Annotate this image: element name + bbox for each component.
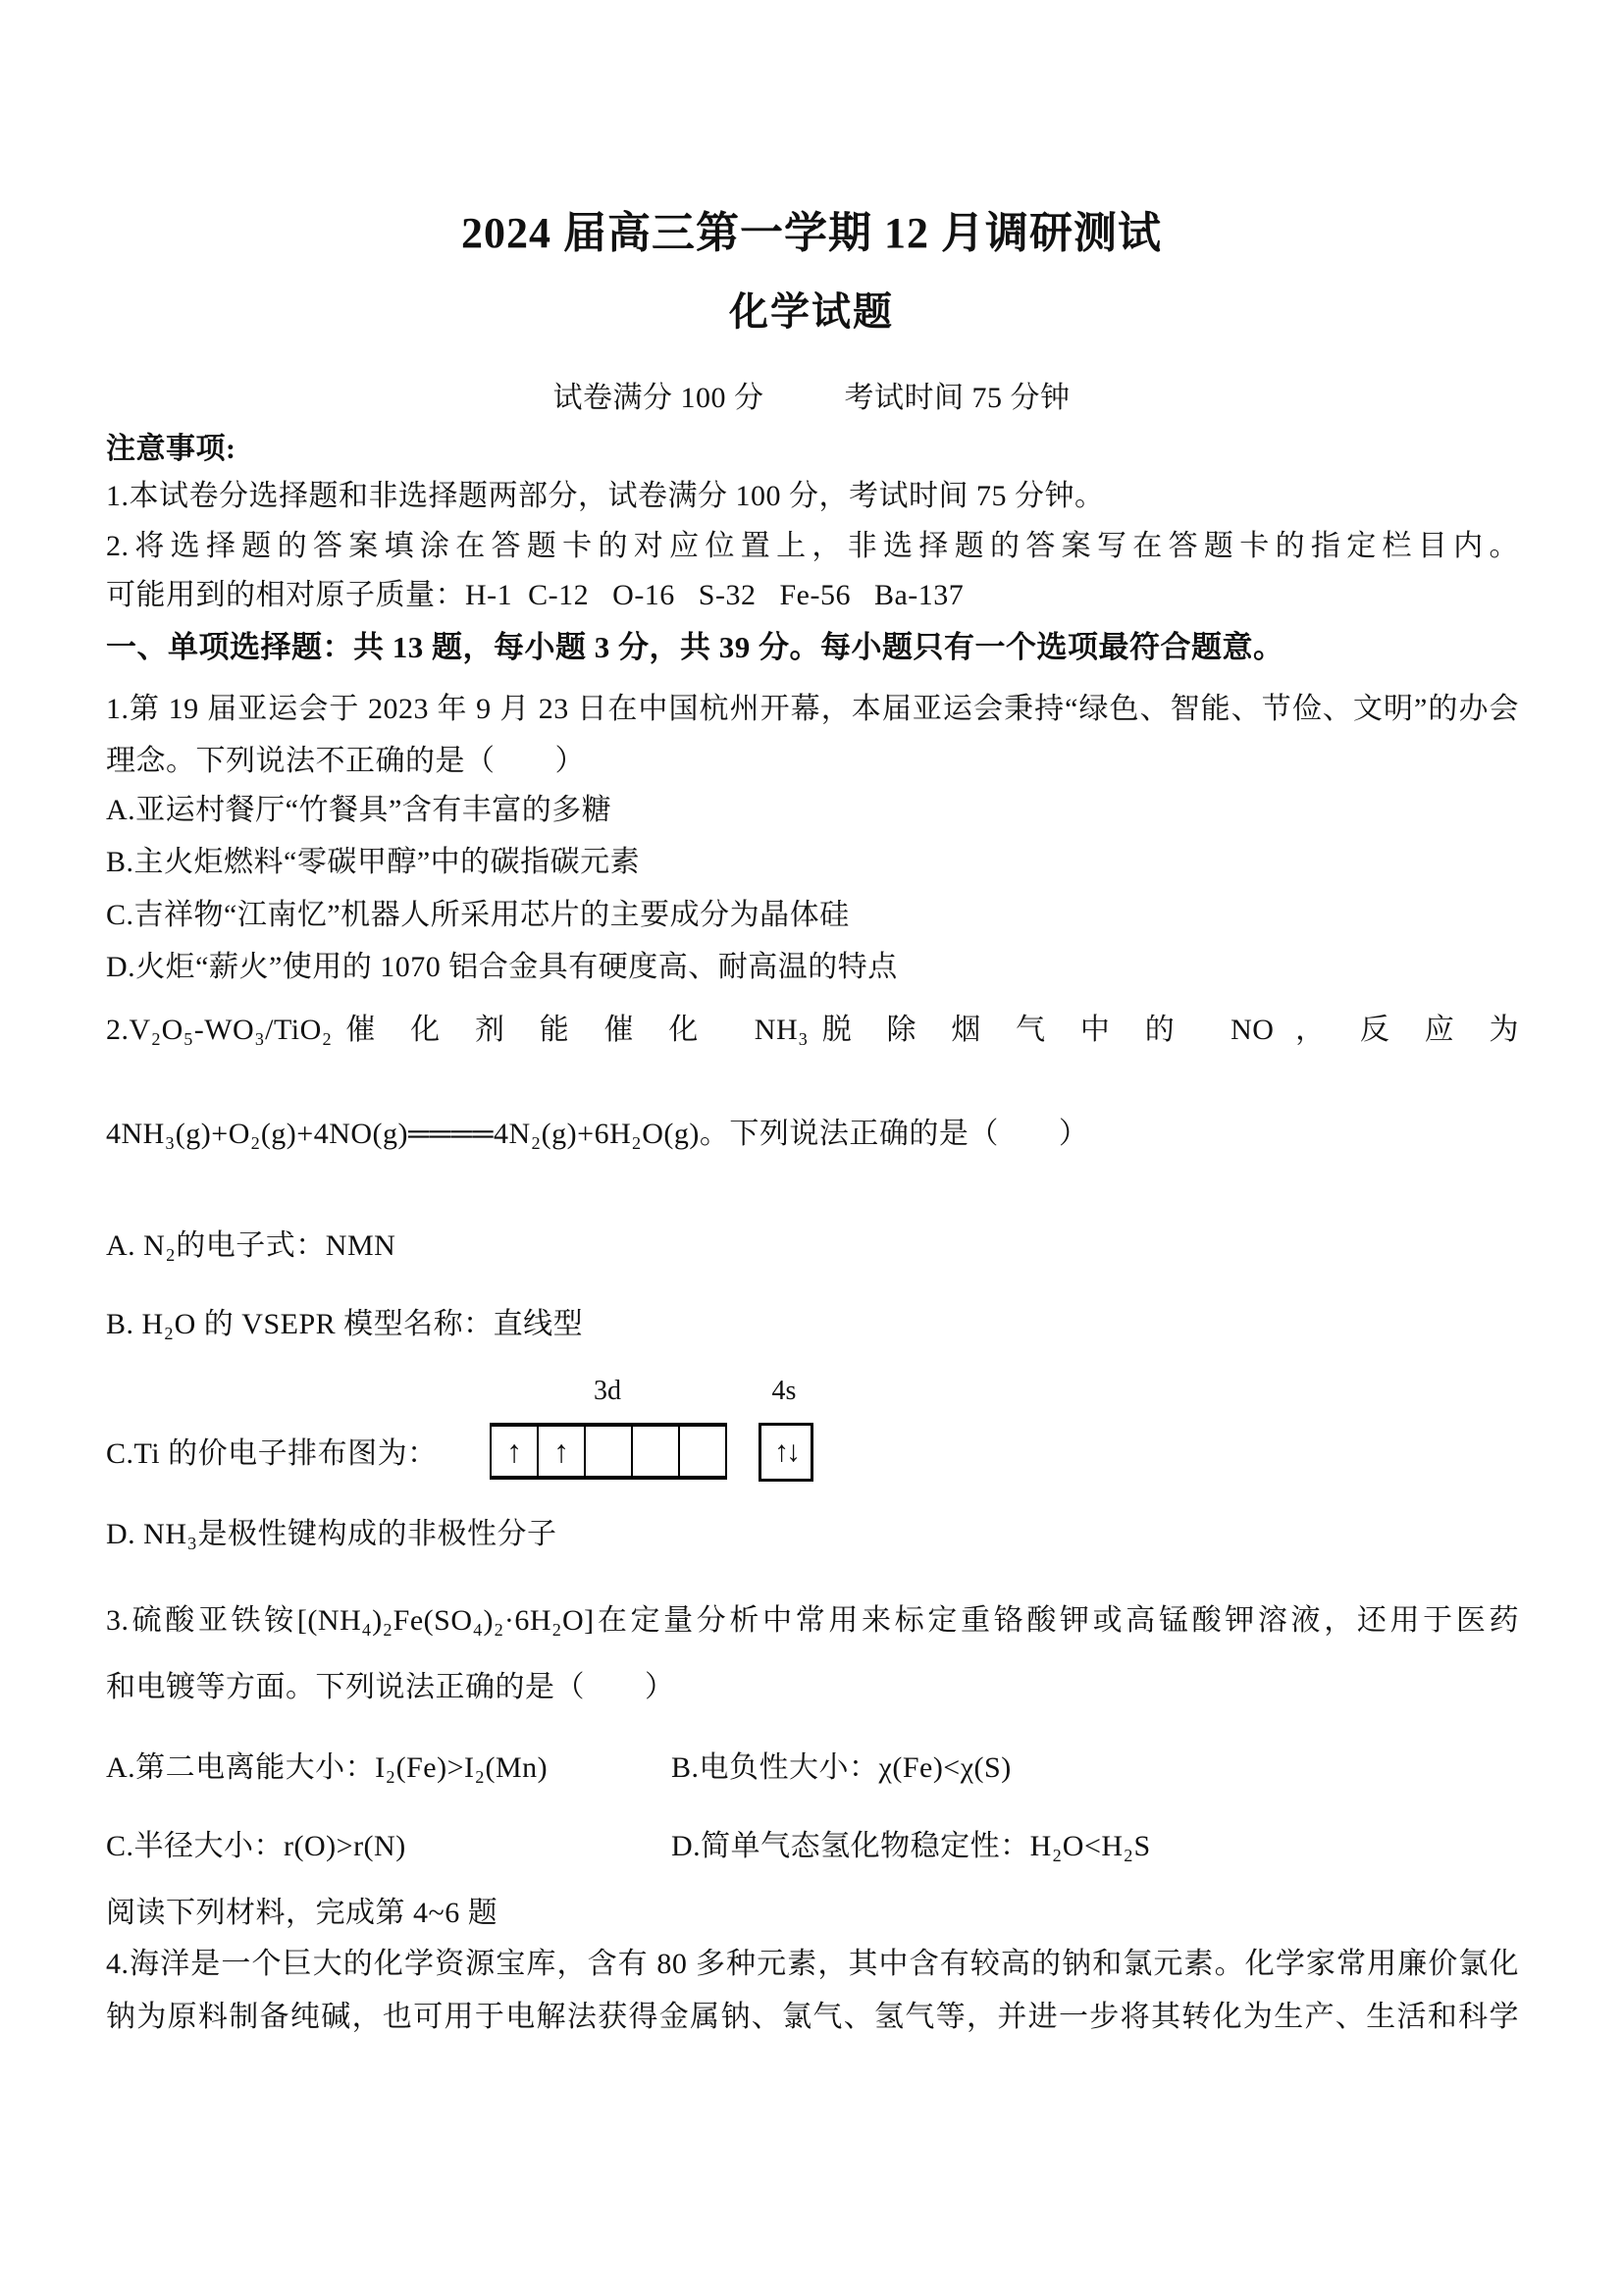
- orbital-3d-label: 3d: [490, 1376, 725, 1407]
- orbital-4s-label: 4s: [759, 1376, 810, 1407]
- q2-stem: 2.V₂O₅-WO₃/TiO₂催 化 剂 能 催 化 NH₃脱 除 烟 气 中 …: [106, 1011, 1519, 1050]
- doc-meta: 试卷满分 100 分 考试时间 75 分钟: [0, 379, 1623, 418]
- orbital-3d-row: ↑ ↑: [490, 1423, 727, 1480]
- doc-title: 2024 届高三第一学期 12 月调研测试: [0, 214, 1623, 253]
- orbital-3d-cell: [584, 1427, 631, 1476]
- q3-stem-line2: 和电镀等方面。下列说法正确的是（ ）: [106, 1668, 1519, 1707]
- q2-option-b: B. H₂O 的 VSEPR 模型名称：直线型: [106, 1305, 1519, 1344]
- orbital-4s-box: ↑↓: [759, 1423, 813, 1482]
- notice-item-1: 1.本试卷分选择题和非选择题两部分，试卷满分 100 分，考试时间 75 分钟。: [106, 477, 1519, 516]
- q3-option-a: A.第二电离能大小：I₂(Fe)>I₂(Mn): [106, 1748, 655, 1788]
- q4-stem-line1: 4.海洋是一个巨大的化学资源宝库，含有 80 多种元素，其中含有较高的钠和氯元素…: [106, 1945, 1519, 1984]
- q1-option-c: C.吉祥物“江南忆”机器人所采用芯片的主要成分为晶体硅: [106, 896, 1519, 935]
- exam-paper-page: 2024 届高三第一学期 12 月调研测试 化学试题 试卷满分 100 分 考试…: [0, 0, 1623, 2296]
- orbital-3d-cell: ↑: [537, 1427, 584, 1476]
- reading-intro: 阅读下列材料，完成第 4~6 题: [106, 1894, 1519, 1933]
- orbital-3d-cell: [631, 1427, 678, 1476]
- q3-stem-line1: 3.硫酸亚铁铵[(NH₄)₂Fe(SO₄)₂·6H₂O]在定量分析中常用来标定重…: [106, 1601, 1519, 1641]
- q1-option-d: D.火炬“薪火”使用的 1070 铝合金具有硬度高、耐高温的特点: [106, 948, 1519, 987]
- notice-heading: 注意事项:: [106, 430, 1519, 469]
- q3-option-b: B.电负性大小：χ(Fe)<χ(S): [671, 1748, 1515, 1788]
- q1-stem-line2: 理念。下列说法不正确的是（ ）: [106, 742, 1519, 781]
- q4-stem-line2: 钠为原料制备纯碱，也可用于电解法获得金属钠、氯气、氢气等，并进一步将其转化为生产…: [106, 1998, 1519, 2037]
- meta-exam-time: 考试时间 75 分钟: [845, 379, 1071, 418]
- q3-option-d: D.简单气态氢化物稳定性：H₂O<H₂S: [671, 1827, 1515, 1866]
- section-one-heading: 一、单项选择题：共 13 题，每小题 3 分，共 39 分。每小题只有一个选项最…: [106, 628, 1519, 667]
- q1-option-a: A.亚运村餐厅“竹餐具”含有丰富的多糖: [106, 791, 1519, 830]
- q2-option-a: A. N₂的电子式：NMN: [106, 1226, 1519, 1266]
- q3-option-c: C.半径大小：r(O)>r(N): [106, 1827, 655, 1866]
- q2-equation: 4NH₃(g)+O₂(g)+4NO(g)════4N₂(g)+6H₂O(g)。下…: [106, 1115, 1519, 1154]
- doc-subtitle: 化学试题: [0, 292, 1623, 332]
- meta-full-score: 试卷满分 100 分: [553, 379, 764, 418]
- atomic-mass-line: 可能用到的相对原子质量：H-1 C-12 O-16 S-32 Fe-56 Ba-…: [106, 576, 1519, 615]
- q1-option-b: B.主火炬燃料“零碳甲醇”中的碳指碳元素: [106, 843, 1519, 882]
- orbital-3d-cell: [678, 1427, 727, 1476]
- q1-stem-line1: 1.第 19 届亚运会于 2023 年 9 月 23 日在中国杭州开幕，本届亚运…: [106, 690, 1519, 729]
- orbital-3d-cell: ↑: [490, 1427, 537, 1476]
- q2-option-d: D. NH₃是极性键构成的非极性分子: [106, 1515, 1519, 1554]
- notice-item-2: 2.将选择题的答案填涂在答题卡的对应位置上，非选择题的答案写在答题卡的指定栏目内…: [106, 527, 1519, 566]
